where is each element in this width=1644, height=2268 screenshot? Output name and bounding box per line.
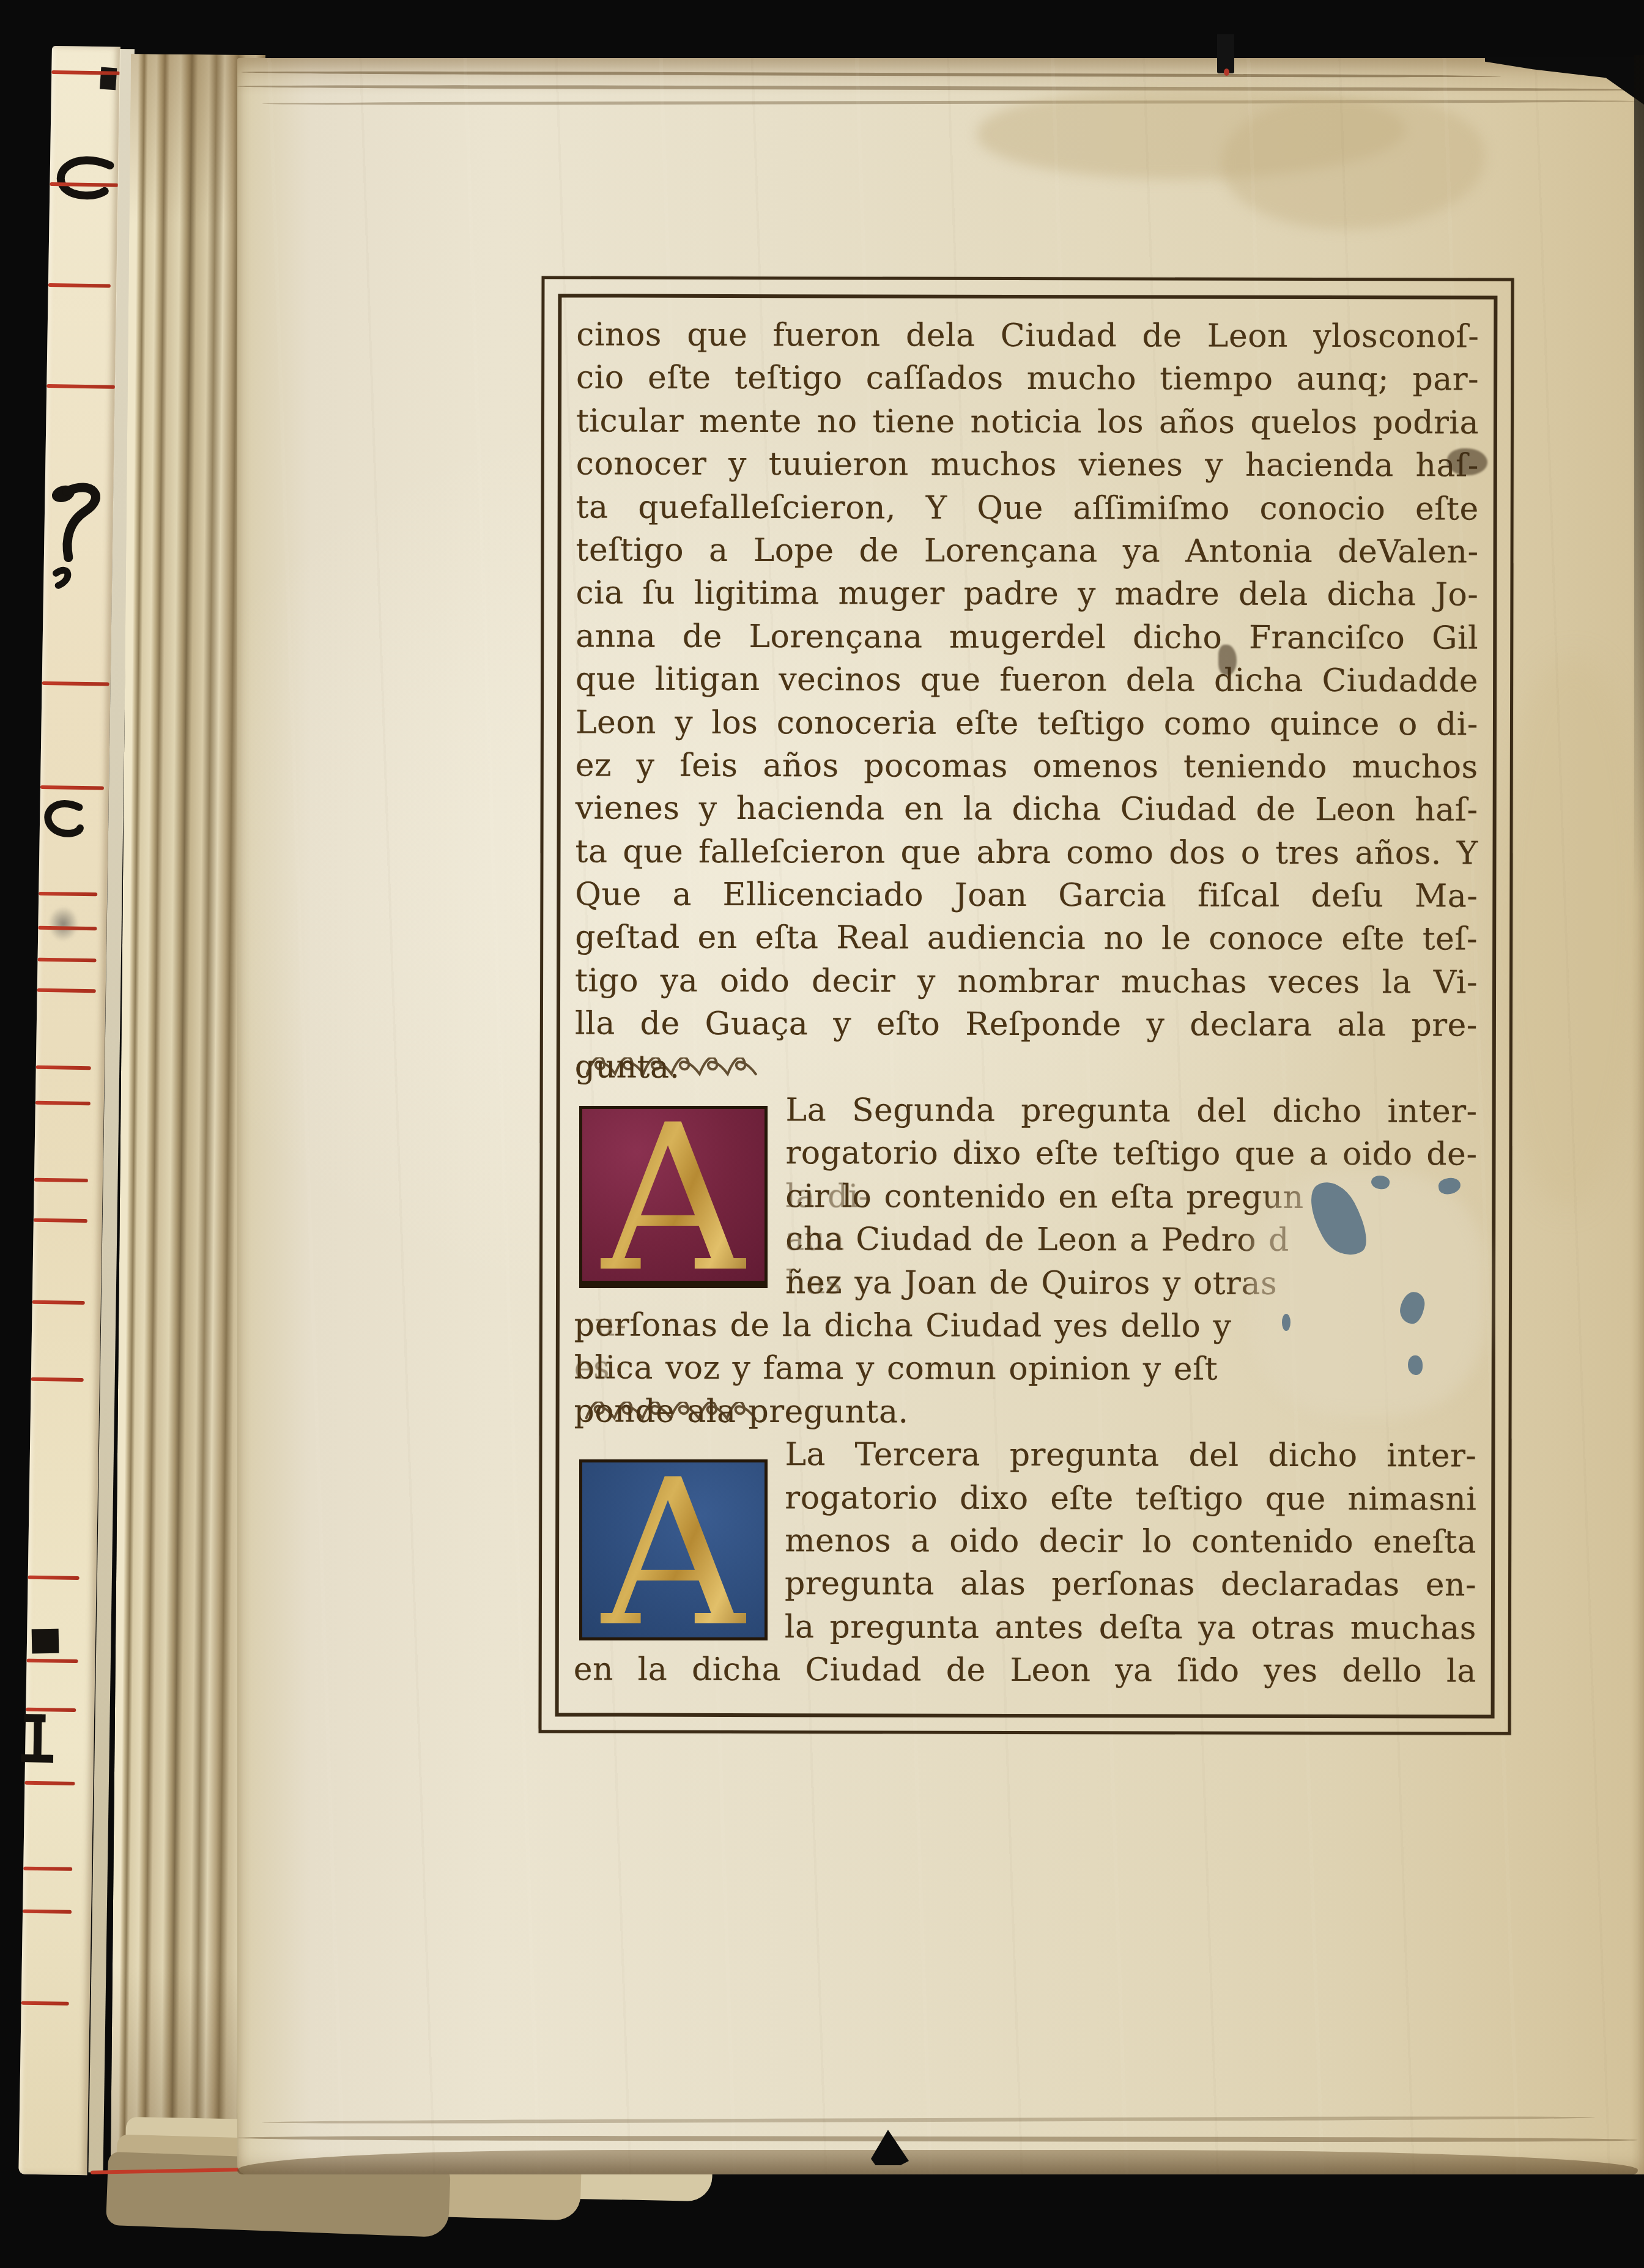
staff-line: [42, 681, 109, 686]
square-note-icon: [32, 1629, 59, 1654]
line-text-faint: aua: [785, 1218, 845, 1261]
line-text: ñez ya Joan de Quiros y otras: [785, 1261, 1277, 1305]
staff-line: [21, 2001, 69, 2006]
line-text: blica voz y fama y comun opinion y eſt: [574, 1347, 1218, 1392]
line-filler-squiggle: [586, 1058, 769, 1081]
square-note-icon: [100, 67, 117, 91]
neume-icon: [47, 155, 115, 205]
staff-line: [31, 1377, 84, 1382]
staff-line: [38, 926, 97, 931]
staff-line: [37, 988, 96, 993]
line-text: cha Ciudad de Leon a Pedro d: [785, 1218, 1289, 1262]
illuminated-initial-maroon: A: [579, 1106, 768, 1288]
staff-line: [37, 958, 96, 963]
text-line: conocer y tuuieron muchos vienes y hacie…: [576, 443, 1479, 487]
note-stem-icon: [20, 1713, 54, 1769]
blue-ink-stain: [1282, 1314, 1290, 1331]
red-mark: [1224, 69, 1229, 76]
stain-band: [237, 2150, 1638, 2174]
text-line: geſtad en eſta Real audiencia no le cono…: [575, 916, 1478, 961]
staff-line: [32, 1300, 85, 1305]
page-edge-shadow: [1634, 55, 1644, 973]
staff-line: [48, 283, 111, 288]
text-line: tigo ya oido decir y nombrar muchas vece…: [575, 959, 1478, 1004]
bookmark-tab: [1217, 34, 1234, 73]
c-clef-icon: [37, 799, 88, 840]
ink-blot: [1447, 448, 1487, 475]
illuminated-initial-blue: A: [579, 1459, 768, 1640]
text-line: ta que falleſcieron que abra como dos o …: [575, 830, 1478, 875]
staff-line: [23, 1910, 72, 1914]
initial-letter: A: [601, 1098, 746, 1300]
text-line: cinos que fueron dela Ciudad de Leon ylo…: [576, 313, 1479, 358]
text-line: Leon y los conoceria eſte teſtigo como q…: [576, 701, 1478, 746]
staff-line: [40, 785, 104, 790]
text-line: menos a oido decir lo contenido eneſta: [785, 1519, 1476, 1564]
staff-line: [24, 1781, 75, 1785]
text-line: teſtigo a Lope de Lorençana ya Antonia d…: [576, 528, 1478, 573]
neume-icon: [46, 478, 110, 598]
staff-line: [35, 1101, 91, 1105]
line-filler-squiggle: [585, 1402, 769, 1426]
line-text-faint: has: [785, 1261, 842, 1305]
blue-ink-stain: [1408, 1355, 1423, 1375]
staff-line: [51, 70, 120, 75]
staff-line: [28, 1576, 80, 1580]
text-line: la pregunta antes deſta ya otras muchas: [785, 1606, 1476, 1650]
text-line: ez y ſeis años pocomas omenos teniendo m…: [576, 744, 1478, 788]
ink-smudge: [48, 906, 79, 942]
text-line: que litigan vecinos que fueron dela dich…: [576, 658, 1478, 703]
text-line: cia ſu ligitima muger padre y madre dela…: [576, 572, 1478, 617]
text-line: Que a Ellicenciado Joan Garcia fiſcal de…: [575, 873, 1478, 918]
text-line: ticular mente no tiene noticia los años …: [576, 399, 1479, 444]
line-text-faint: es: [574, 1347, 610, 1390]
initial-letter: A: [601, 1453, 746, 1655]
text-line: La Tercera pregunta del dicho inter-: [785, 1433, 1476, 1478]
text-line: La Segunda pregunta del dicho inter-: [786, 1089, 1478, 1133]
staff-line: [34, 1178, 88, 1182]
text-line: anna de Lorençana mugerdel dicho Franciſ…: [576, 615, 1478, 659]
text-line: pregunta alas perſonas declaradas en-: [785, 1563, 1476, 1607]
staff-line: [34, 1218, 87, 1223]
staff-line: [36, 1065, 91, 1070]
staff-line: [39, 892, 97, 897]
manuscript-photo: cinos que fueron dela Ciudad de Leon ylo…: [0, 0, 1644, 2268]
text-line: cio eſte teſtigo caſſados mucho tiempo a…: [576, 357, 1479, 401]
text-line: lla de Guaça y eſto Reſponde y declara a…: [575, 1002, 1478, 1047]
staff-line: [46, 384, 115, 389]
staff-line: [26, 1708, 76, 1712]
ink-blot: [1218, 645, 1237, 675]
text-line: rogatorio dixo eſte teſtigo que a oido d…: [785, 1132, 1477, 1177]
text-line: ta quefalleſcieron, Y Que aſſimiſmo cono…: [576, 486, 1479, 530]
faded-area: [1248, 1171, 1486, 1416]
text-line: rogatorio dixo eſte teſtigo que nimasni: [785, 1477, 1476, 1521]
staff-line: [23, 1867, 72, 1871]
text-line: vienes y hacienda en la dicha Ciudad de …: [576, 787, 1478, 832]
staff-line: [26, 1659, 78, 1663]
line-text-faint: la di-: [785, 1175, 870, 1218]
